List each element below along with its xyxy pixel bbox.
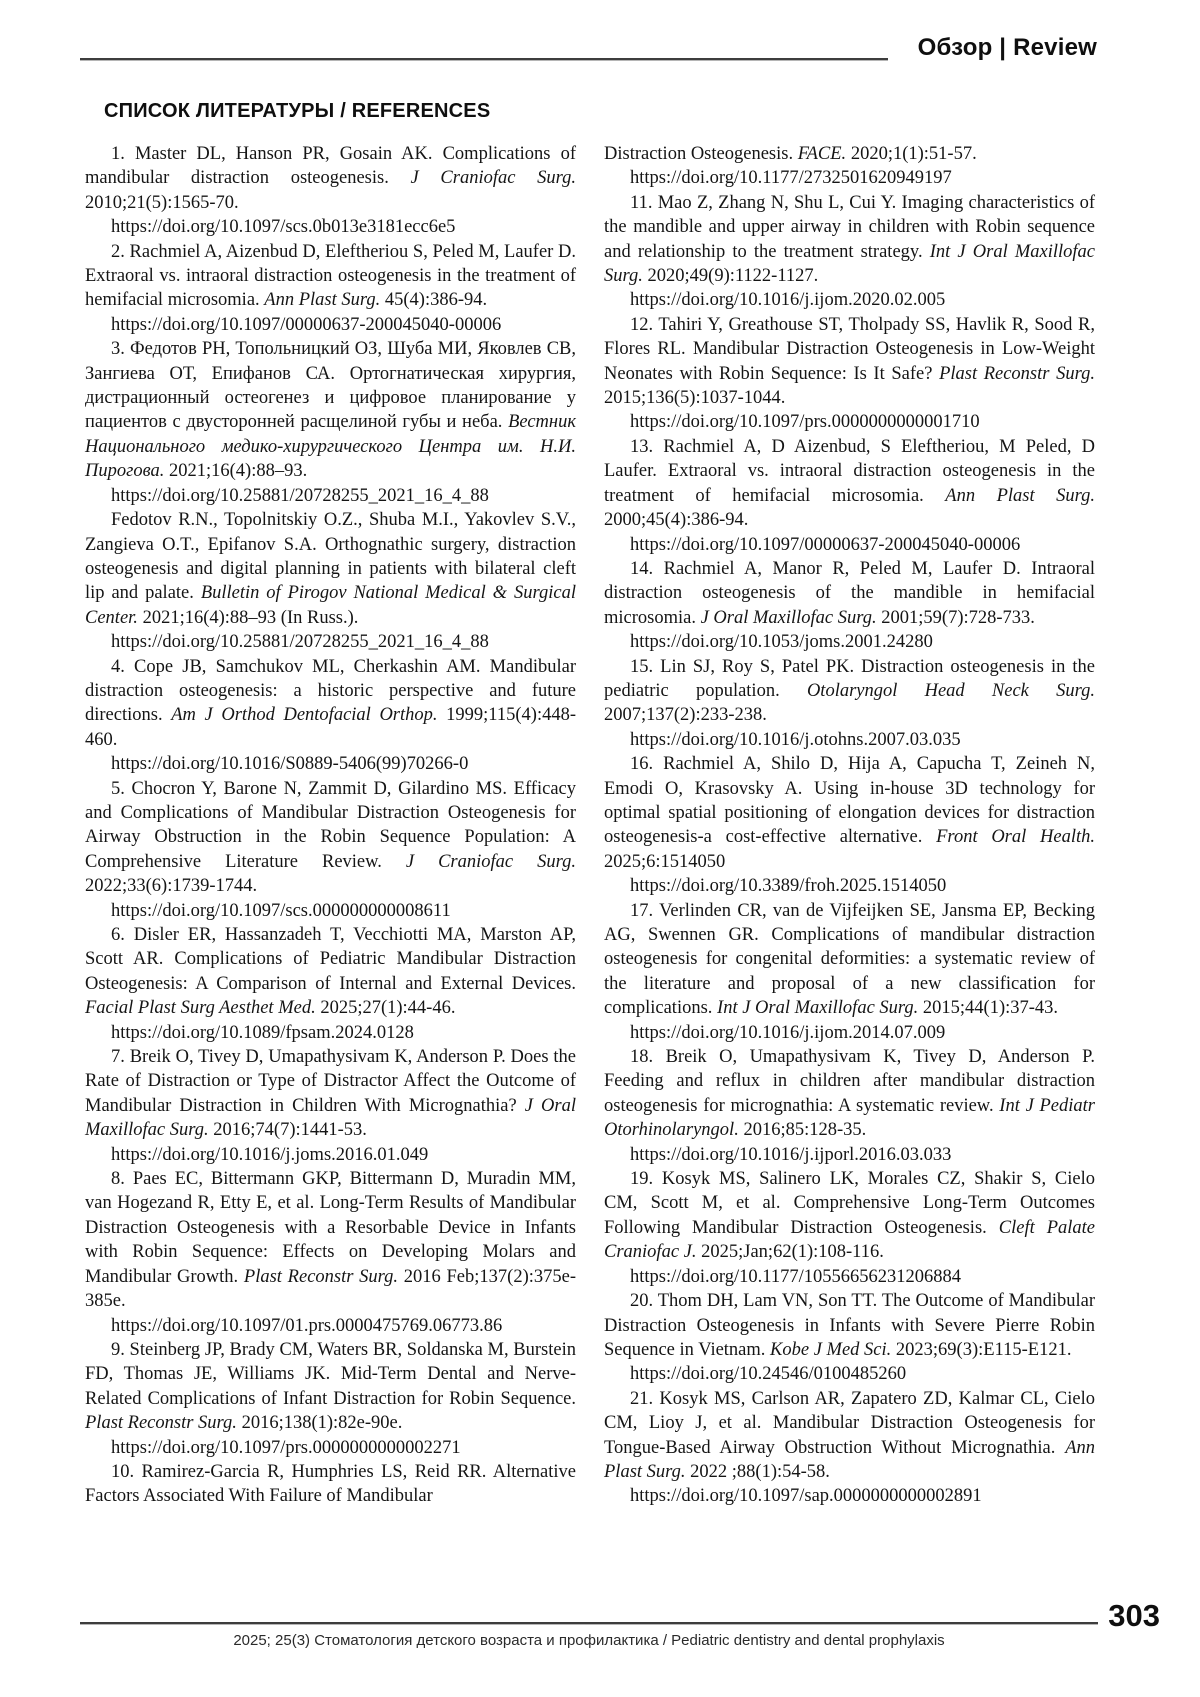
journal-title: Plast Reconstr Surg. xyxy=(85,1413,237,1433)
reference-text: 2010;21(5):1565-70. xyxy=(85,193,239,213)
journal-title: J Craniofac Surg. xyxy=(411,168,576,188)
reference-paragraph: 4. Cope JB, Samchukov ML, Cherkashin AM.… xyxy=(85,655,576,753)
journal-title: Plast Reconstr Surg. xyxy=(244,1267,398,1287)
journal-title: Kobe J Med Sci. xyxy=(770,1340,891,1360)
doi-line: https://doi.org/10.1097/01.prs.000047576… xyxy=(85,1314,576,1338)
doi-line: https://doi.org/10.1177/2732501620949197 xyxy=(604,166,1095,190)
references-column-right: Distraction Osteogenesis. FACE. 2020;1(1… xyxy=(604,142,1095,1509)
reference-paragraph: 10. Ramirez-Garcia R, Humphries LS, Reid… xyxy=(85,1460,576,1509)
doi-line: https://doi.org/10.1016/j.ijom.2014.07.0… xyxy=(604,1021,1095,1045)
reference-text: 2025;27(1):44-46. xyxy=(316,998,456,1018)
doi-line: https://doi.org/10.1016/j.ijporl.2016.03… xyxy=(604,1143,1095,1167)
doi-line: https://doi.org/10.1097/00000637-2000450… xyxy=(85,313,576,337)
reference-text: 21. Kosyk MS, Carlson AR, Zapatero ZD, K… xyxy=(604,1389,1095,1458)
reference-paragraph: 2. Rachmiel A, Aizenbud D, Eleftheriou S… xyxy=(85,240,576,313)
journal-title: Front Oral Health. xyxy=(936,827,1095,847)
doi-line: https://doi.org/10.1016/j.joms.2016.01.0… xyxy=(85,1143,576,1167)
reference-text: 10. Ramirez-Garcia R, Humphries LS, Reid… xyxy=(85,1462,576,1506)
reference-paragraph: 13. Rachmiel A, D Aizenbud, S Eleftherio… xyxy=(604,435,1095,533)
journal-title: J Craniofac Surg. xyxy=(406,852,576,872)
reference-text: 7. Breik O, Tivey D, Umapathysivam K, An… xyxy=(85,1047,576,1116)
reference-text: 2025;6:1514050 xyxy=(604,852,725,872)
reference-paragraph: 5. Chocron Y, Barone N, Zammit D, Gilard… xyxy=(85,777,576,899)
reference-text: 2020;49(9):1122-1127. xyxy=(643,266,818,286)
journal-title: Facial Plast Surg Aesthet Med. xyxy=(85,998,316,1018)
reference-paragraph: 18. Breik O, Umapathysivam K, Tivey D, A… xyxy=(604,1045,1095,1143)
reference-text: 2022;33(6):1739-1744. xyxy=(85,876,257,896)
journal-title: Int J Oral Maxillofac Surg. xyxy=(717,998,918,1018)
doi-line: https://doi.org/10.1089/fpsam.2024.0128 xyxy=(85,1021,576,1045)
doi-line: https://doi.org/10.25881/20728255_2021_1… xyxy=(85,630,576,654)
reference-text: 2016;138(1):82e-90e. xyxy=(237,1413,402,1433)
doi-line: https://doi.org/10.1097/prs.000000000000… xyxy=(85,1436,576,1460)
reference-paragraph: 9. Steinberg JP, Brady CM, Waters BR, So… xyxy=(85,1338,576,1436)
reference-text: 6. Disler ER, Hassanzadeh T, Vecchiotti … xyxy=(85,925,576,994)
journal-title: Plast Reconstr Surg. xyxy=(939,364,1095,384)
references-section-title: СПИСОК ЛИТЕРАТУРЫ / REFERENCES xyxy=(104,100,490,123)
journal-title: J Oral Maxillofac Surg. xyxy=(701,608,877,628)
reference-paragraph: Fedotov R.N., Topolnitskiy O.Z., Shuba M… xyxy=(85,508,576,630)
reference-paragraph: 3. Федотов РН, Топольницкий ОЗ, Шуба МИ,… xyxy=(85,337,576,483)
journal-title: Ann Plast Surg. xyxy=(945,486,1095,506)
reference-paragraph: 1. Master DL, Hanson PR, Gosain AK. Comp… xyxy=(85,142,576,215)
reference-text: 9. Steinberg JP, Brady CM, Waters BR, So… xyxy=(85,1340,576,1409)
reference-paragraph: 14. Rachmiel A, Manor R, Peled M, Laufer… xyxy=(604,557,1095,630)
reference-text: 2016;85:128-35. xyxy=(739,1120,866,1140)
reference-text: 3. Федотов РН, Топольницкий ОЗ, Шуба МИ,… xyxy=(85,339,576,432)
doi-line: https://doi.org/10.3389/froh.2025.151405… xyxy=(604,874,1095,898)
reference-paragraph: 15. Lin SJ, Roy S, Patel PK. Distraction… xyxy=(604,655,1095,728)
reference-paragraph: 7. Breik O, Tivey D, Umapathysivam K, An… xyxy=(85,1045,576,1143)
reference-paragraph: 19. Kosyk MS, Salinero LK, Morales CZ, S… xyxy=(604,1167,1095,1265)
references-column-left: 1. Master DL, Hanson PR, Gosain AK. Comp… xyxy=(85,142,576,1509)
reference-text: 45(4):386-94. xyxy=(380,290,487,310)
reference-text: 2015;136(5):1037-1044. xyxy=(604,388,785,408)
reference-text: 2001;59(7):728-733. xyxy=(877,608,1035,628)
reference-text: 2000;45(4):386-94. xyxy=(604,510,748,530)
doi-line: https://doi.org/10.1053/joms.2001.24280 xyxy=(604,630,1095,654)
reference-paragraph: 16. Rachmiel A, Shilo D, Hija A, Capucha… xyxy=(604,752,1095,874)
journal-title: Otolaryngol Head Neck Surg. xyxy=(807,681,1095,701)
journal-footer-caption: 2025; 25(3) Стоматология детского возрас… xyxy=(80,1632,1098,1649)
reference-text: 2020;1(1):51-57. xyxy=(846,144,977,164)
footer-rule xyxy=(80,1622,1098,1625)
doi-line: https://doi.org/10.1016/j.ijom.2020.02.0… xyxy=(604,288,1095,312)
reference-text: 2021;16(4):88–93 (In Russ.). xyxy=(138,608,358,628)
reference-text: 2015;44(1):37-43. xyxy=(918,998,1058,1018)
reference-paragraph: 6. Disler ER, Hassanzadeh T, Vecchiotti … xyxy=(85,923,576,1021)
journal-title: Am J Orthod Dentofacial Orthop. xyxy=(171,705,437,725)
reference-text: 2025;Jan;62(1):108-116. xyxy=(697,1242,884,1262)
doi-line: https://doi.org/10.1016/S0889-5406(99)70… xyxy=(85,752,576,776)
reference-text: 2016;74(7):1441-53. xyxy=(209,1120,367,1140)
doi-line: https://doi.org/10.1177/1055665623120688… xyxy=(604,1265,1095,1289)
references-columns: 1. Master DL, Hanson PR, Gosain AK. Comp… xyxy=(85,142,1095,1509)
reference-text: 2023;69(3):E115-E121. xyxy=(891,1340,1071,1360)
doi-line: https://doi.org/10.1097/sap.000000000000… xyxy=(604,1484,1095,1508)
reference-paragraph: 17. Verlinden CR, van de Vijfeijken SE, … xyxy=(604,899,1095,1021)
doi-line: https://doi.org/10.25881/20728255_2021_1… xyxy=(85,484,576,508)
reference-paragraph: 8. Paes EC, Bittermann GKP, Bittermann D… xyxy=(85,1167,576,1313)
reference-paragraph: 21. Kosyk MS, Carlson AR, Zapatero ZD, K… xyxy=(604,1387,1095,1485)
page-number: 303 xyxy=(1108,1598,1160,1634)
doi-line: https://doi.org/10.1097/scs.000000000008… xyxy=(85,899,576,923)
reference-paragraph: 20. Thom DH, Lam VN, Son TT. The Outcome… xyxy=(604,1289,1095,1362)
doi-line: https://doi.org/10.1016/j.otohns.2007.03… xyxy=(604,728,1095,752)
doi-line: https://doi.org/10.1097/prs.000000000000… xyxy=(604,410,1095,434)
running-head: Обзор | Review xyxy=(918,34,1097,62)
reference-paragraph: 12. Tahiri Y, Greathouse ST, Tholpady SS… xyxy=(604,313,1095,411)
reference-text: 2022 ;88(1):54-58. xyxy=(686,1462,830,1482)
reference-paragraph: 11. Mao Z, Zhang N, Shu L, Cui Y. Imagin… xyxy=(604,191,1095,289)
reference-text: 2021;16(4):88–93. xyxy=(164,461,307,481)
doi-line: https://doi.org/10.1097/scs.0b013e3181ec… xyxy=(85,215,576,239)
journal-title: Ann Plast Surg. xyxy=(264,290,380,310)
reference-paragraph: Distraction Osteogenesis. FACE. 2020;1(1… xyxy=(604,142,1095,166)
header-rule xyxy=(80,58,888,61)
doi-line: https://doi.org/10.1097/00000637-2000450… xyxy=(604,533,1095,557)
reference-text: 2007;137(2):233-238. xyxy=(604,705,767,725)
doi-line: https://doi.org/10.24546/0100485260 xyxy=(604,1362,1095,1386)
journal-title: FACE. xyxy=(798,144,846,164)
reference-text: Distraction Osteogenesis. xyxy=(604,144,798,164)
